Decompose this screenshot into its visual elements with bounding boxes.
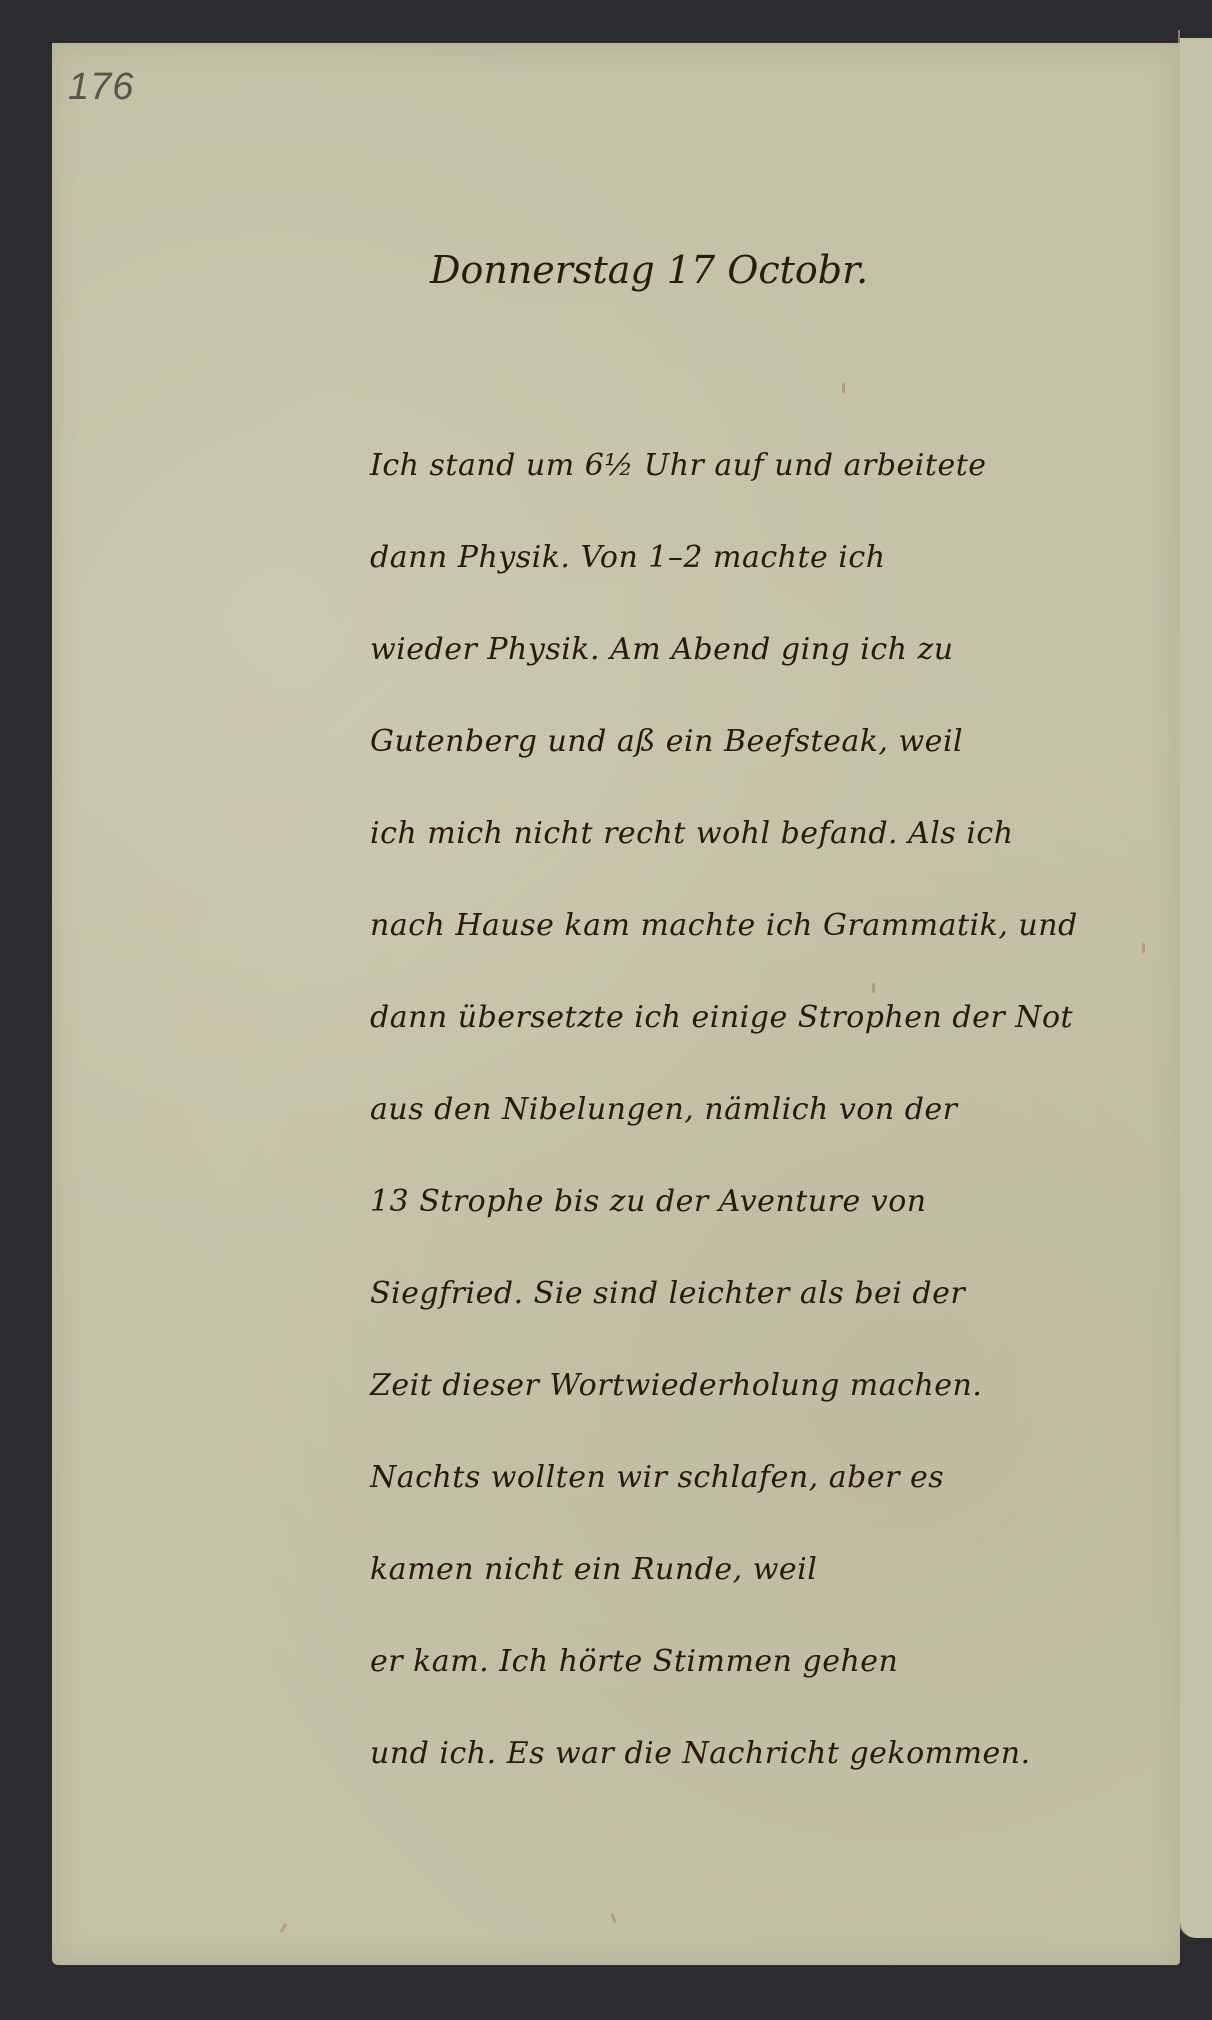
entry-body: Ich stand um 6½ Uhr auf und arbeitete da…: [370, 420, 1070, 1800]
text-line: nach Hause kam machte ich Grammatik, und: [370, 880, 1070, 972]
text-line: kamen nicht ein Runde, weil: [370, 1524, 1070, 1616]
text-line: Ich stand um 6½ Uhr auf und arbeitete: [370, 420, 1070, 512]
text-line: Gutenberg und aß ein Beefsteak, weil: [370, 696, 1070, 788]
entry-date-heading: Donnerstag 17 Octobr.: [430, 248, 868, 292]
paper-speck: [280, 1923, 288, 1933]
text-line: ich mich nicht recht wohl befand. Als ic…: [370, 788, 1070, 880]
paper-speck: [610, 1913, 616, 1923]
paper-speck: [1142, 943, 1145, 953]
text-line: Nachts wollten wir schlafen, aber es: [370, 1432, 1070, 1524]
next-page-edge: [1178, 38, 1212, 1938]
text-line: und ich. Es war die Nachricht gekommen.: [370, 1708, 1070, 1800]
scanned-manuscript: 176 Donnerstag 17 Octobr. Ich stand um 6…: [0, 0, 1212, 2020]
folio-number: 176: [68, 66, 134, 109]
text-line: 13 Strophe bis zu der Aventure von: [370, 1156, 1070, 1248]
text-line: er kam. Ich hörte Stimmen gehen: [370, 1616, 1070, 1708]
text-line: aus den Nibelungen, nämlich von der: [370, 1064, 1070, 1156]
text-line: Siegfried. Sie sind leichter als bei der: [370, 1248, 1070, 1340]
text-line: dann Physik. Von 1–2 machte ich: [370, 512, 1070, 604]
paper-speck: [842, 383, 845, 393]
text-line: wieder Physik. Am Abend ging ich zu: [370, 604, 1070, 696]
text-line: dann übersetzte ich einige Strophen der …: [370, 972, 1070, 1064]
text-line: Zeit dieser Wortwiederholung machen.: [370, 1340, 1070, 1432]
